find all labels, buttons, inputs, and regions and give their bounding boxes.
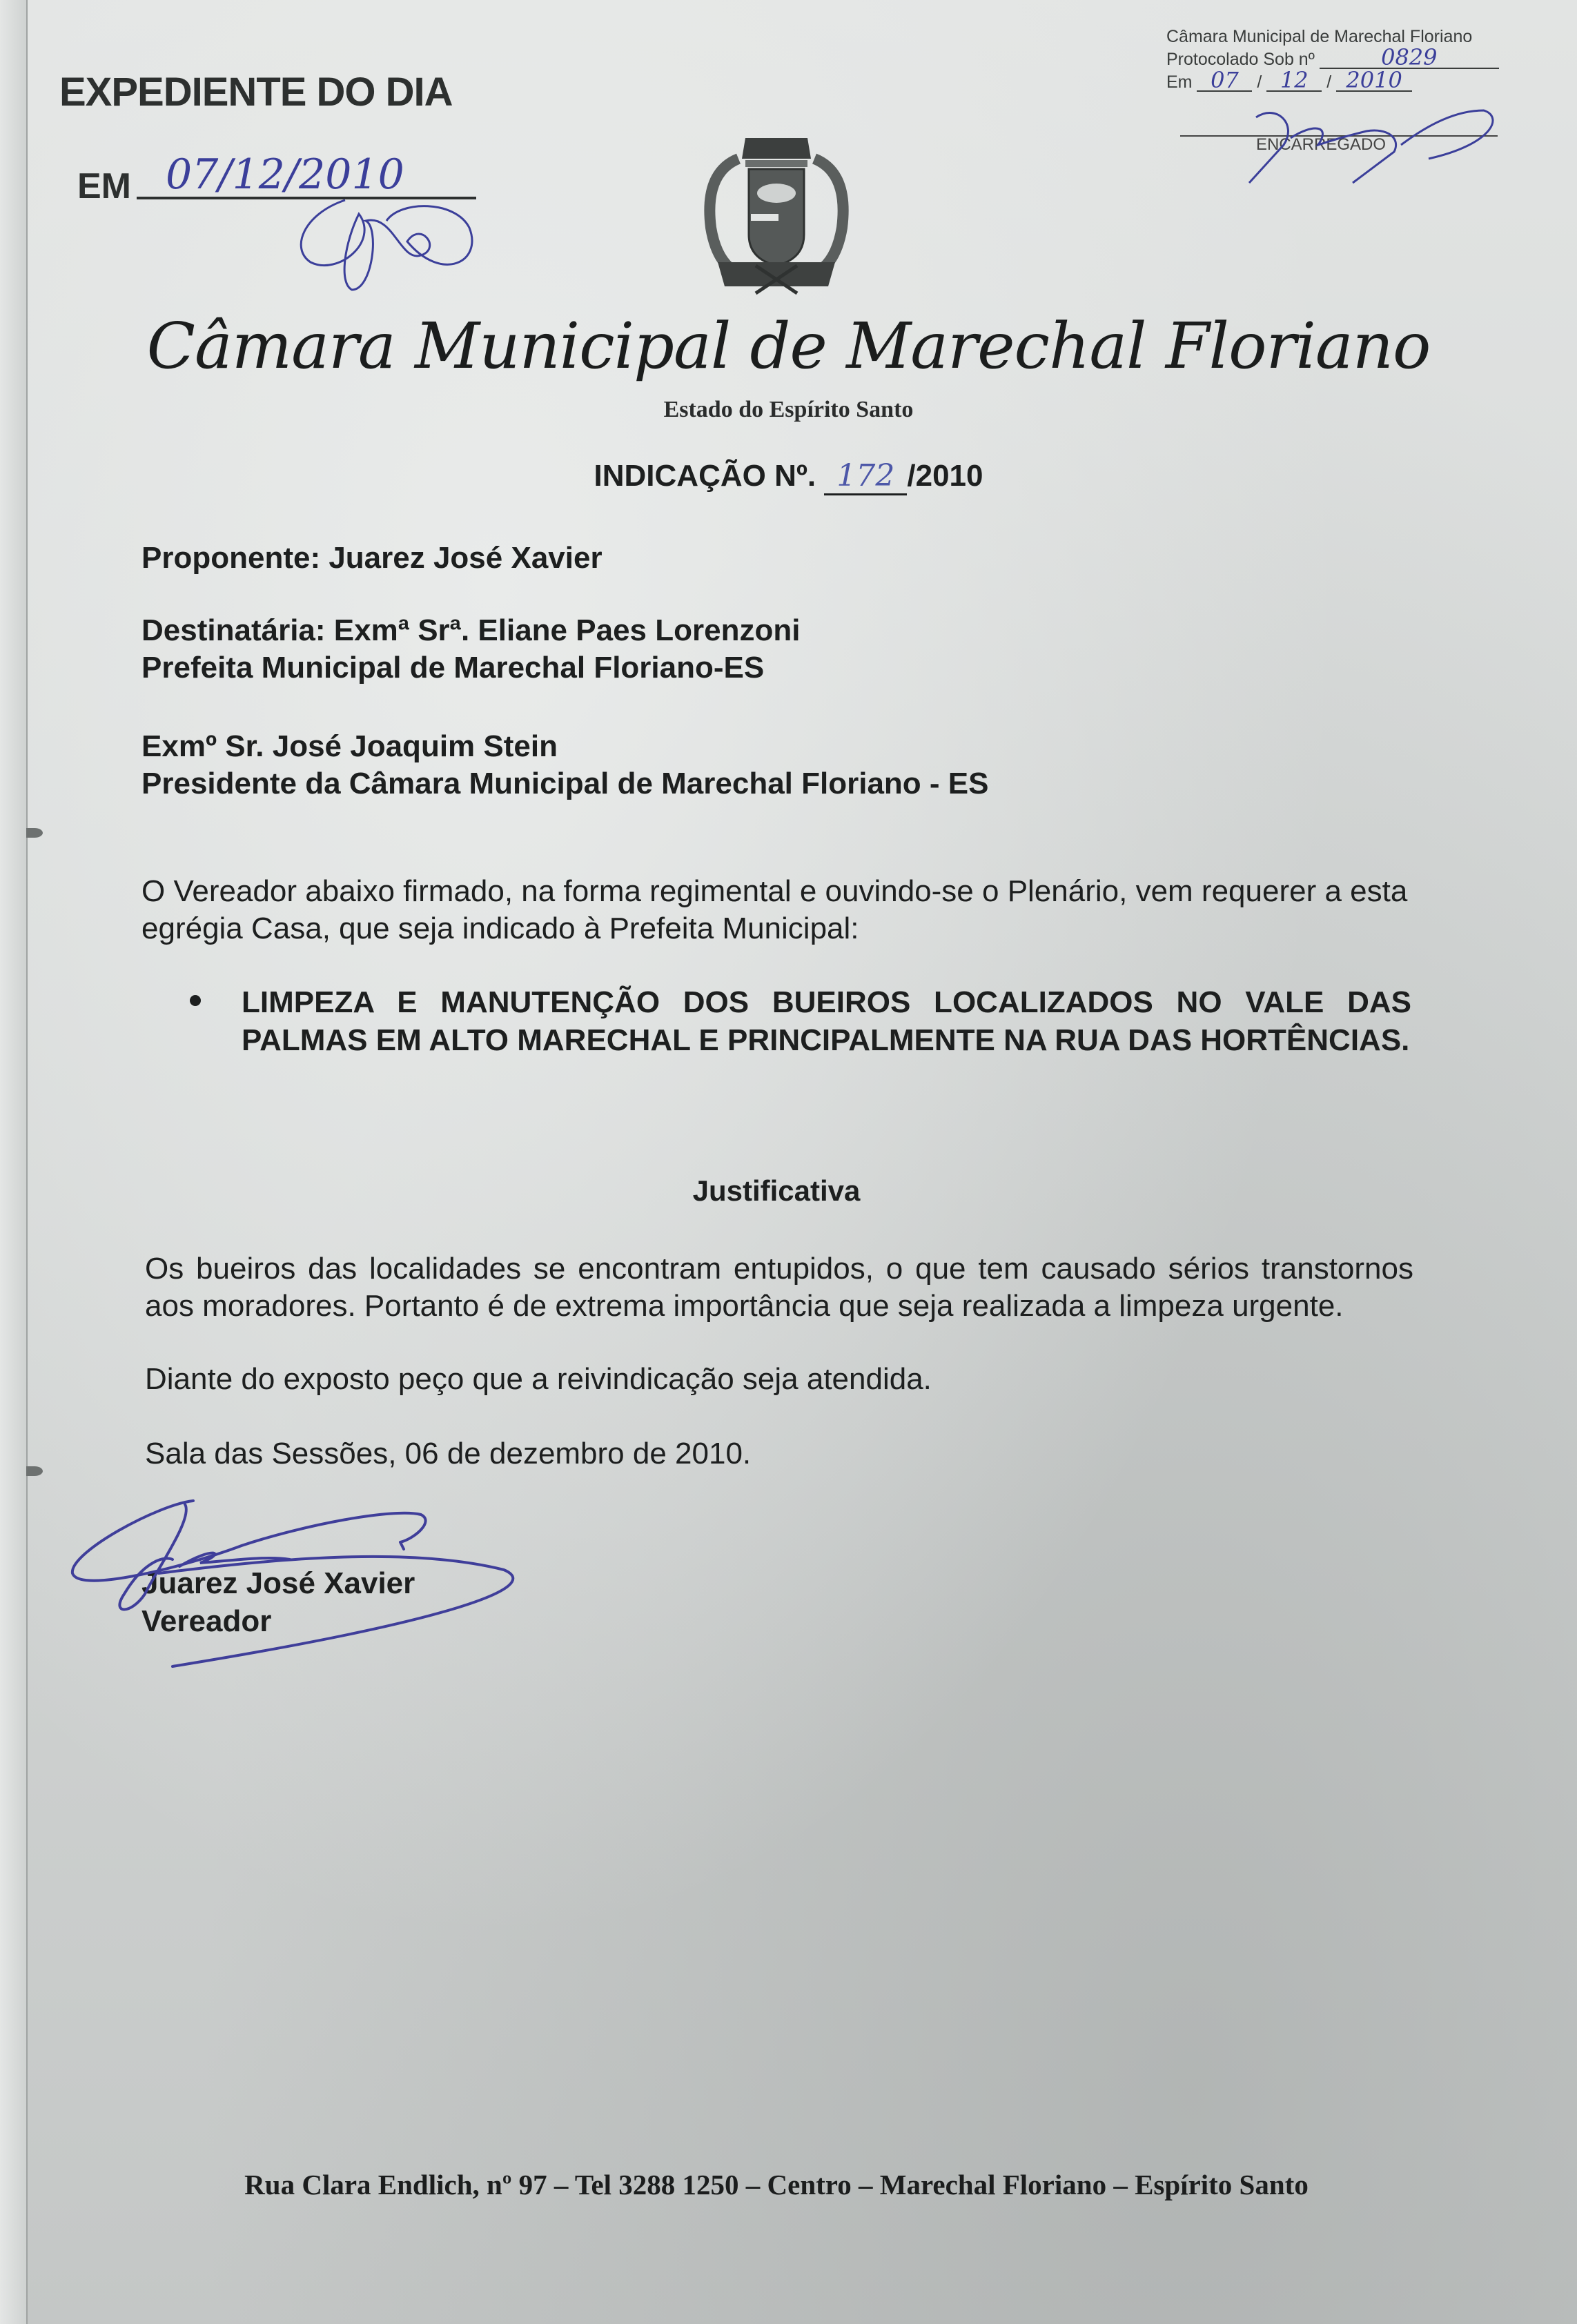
indicacao-year: /2010 — [907, 459, 983, 493]
destinataria-line: Destinatária: Exmª Srª. Eliane Paes Lore… — [141, 612, 1411, 649]
protocol-month: 12 — [1266, 70, 1322, 92]
justification-closing: Diante do exposto peço que a reivindicaç… — [145, 1361, 1415, 1398]
presidente-line: Exmº Sr. José Joaquim Stein — [141, 728, 1411, 765]
institution-state: Estado do Espírito Santo — [0, 397, 1577, 423]
institution-title: Câmara Municipal de Marechal Floriano — [0, 309, 1577, 383]
binder-hole-mark — [26, 1466, 43, 1476]
protocol-number: 0829 — [1320, 47, 1499, 69]
justification-heading: Justificativa — [0, 1174, 1553, 1208]
request-item: LIMPEZA E MANUTENÇÃO DOS BUEIROS LOCALIZ… — [242, 983, 1411, 1059]
expediente-initials-signature — [262, 186, 490, 297]
expediente-stamp-heading: EXPEDIENTE DO DIA — [59, 69, 453, 115]
place-date: Sala das Sessões, 06 de dezembro de 2010… — [145, 1435, 1415, 1473]
councilman-signature — [62, 1490, 573, 1677]
expediente-em-label: EM — [77, 166, 131, 207]
intro-paragraph: O Vereador abaixo firmado, na forma regi… — [141, 873, 1411, 947]
protocol-label: Protocolado Sob nº — [1166, 50, 1315, 69]
protocol-institution: Câmara Municipal de Marechal Floriano — [1166, 26, 1499, 47]
protocol-signature — [1235, 97, 1511, 186]
indicacao-heading: INDICAÇÃO Nº. 172/2010 — [0, 458, 1577, 495]
municipal-coat-of-arms-icon — [690, 131, 863, 297]
justification-paragraph: Os bueiros das localidades se encontram … — [145, 1250, 1413, 1325]
indicacao-number: 172 — [824, 458, 907, 495]
bullet-icon — [190, 995, 201, 1006]
presidente-title: Presidente da Câmara Municipal de Marech… — [141, 765, 1411, 802]
proponente-line: Proponente: Juarez José Xavier — [141, 540, 1411, 577]
indicacao-prefix: INDICAÇÃO Nº. — [594, 459, 816, 493]
destinataria-title: Prefeita Municipal de Marechal Floriano-… — [141, 649, 1411, 687]
protocol-year: 2010 — [1336, 70, 1412, 92]
protocol-day: 07 — [1197, 70, 1252, 92]
footer-address: Rua Clara Endlich, nº 97 – Tel 3288 1250… — [0, 2168, 1553, 2201]
protocol-em-label: Em — [1166, 72, 1193, 92]
protocol-stamp: Câmara Municipal de Marechal Floriano Pr… — [1166, 26, 1499, 92]
binder-hole-mark — [26, 828, 43, 838]
